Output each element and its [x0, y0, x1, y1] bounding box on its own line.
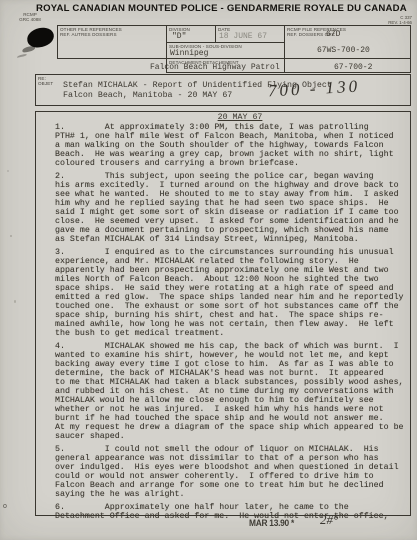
- report-paragraph: 4. MICHALAK showed me his cap, the back …: [55, 342, 411, 441]
- scan-speck: [14, 300, 16, 303]
- form-code: RCMP GRC 4088: [13, 12, 47, 22]
- handwritten-note: 2#°: [320, 512, 338, 528]
- report-paragraph: 6. Approximately one half hour later, he…: [55, 503, 411, 521]
- rcmp-file-ref-2: 67WS-700-20: [317, 46, 370, 55]
- subdivision-value: Winnipeg: [170, 49, 208, 58]
- form-revision: C 337 REV. 1-4-66: [366, 15, 412, 25]
- date-stamp: MAR 13.90 *: [249, 518, 294, 529]
- ink-blot-mark: [25, 25, 55, 49]
- division-value: "D": [172, 32, 186, 41]
- report-paragraph: 5. I could not smell the odour of liquor…: [55, 445, 411, 499]
- report-paragraph: 3. I enquired as to the circumstances su…: [55, 248, 411, 338]
- rcmp-file-ref-1: 67D: [326, 30, 340, 39]
- report-paragraph: 1. At approximately 3:00 PM, this date, …: [55, 123, 411, 168]
- scan-speck: [10, 235, 12, 237]
- report-paragraphs: 1. At approximately 3:00 PM, this date, …: [55, 123, 411, 525]
- date-value: 18 JUNE 67: [219, 32, 267, 41]
- report-date-heading: 20 MAY 67: [35, 113, 411, 122]
- other-file-references-label: OTHER FILE REFERENCES REF. AUTRES DOSSIE…: [58, 26, 166, 38]
- other-file-references-box: OTHER FILE REFERENCES REF. AUTRES DOSSIE…: [57, 25, 167, 59]
- report-paragraph: 2. This subject, upon seeing the police …: [55, 172, 411, 244]
- scanned-rcmp-report-page: ROYAL CANADIAN MOUNTED POLICE - GENDARME…: [0, 0, 417, 540]
- subject-label: RE: OBJET: [38, 76, 53, 86]
- rcmp-file-ref-3: 67-700-2: [334, 63, 372, 72]
- detachment-value: Falcon Beach Highway Patrol: [150, 63, 280, 72]
- margin-mark: o: [3, 503, 7, 510]
- rcmp-file-references-label: RCMP FILE REFERENCES REF. DOSSIERS GRC: [285, 26, 410, 38]
- page-title: ROYAL CANADIAN MOUNTED POLICE - GENDARME…: [36, 3, 414, 14]
- scan-speck: [7, 170, 9, 172]
